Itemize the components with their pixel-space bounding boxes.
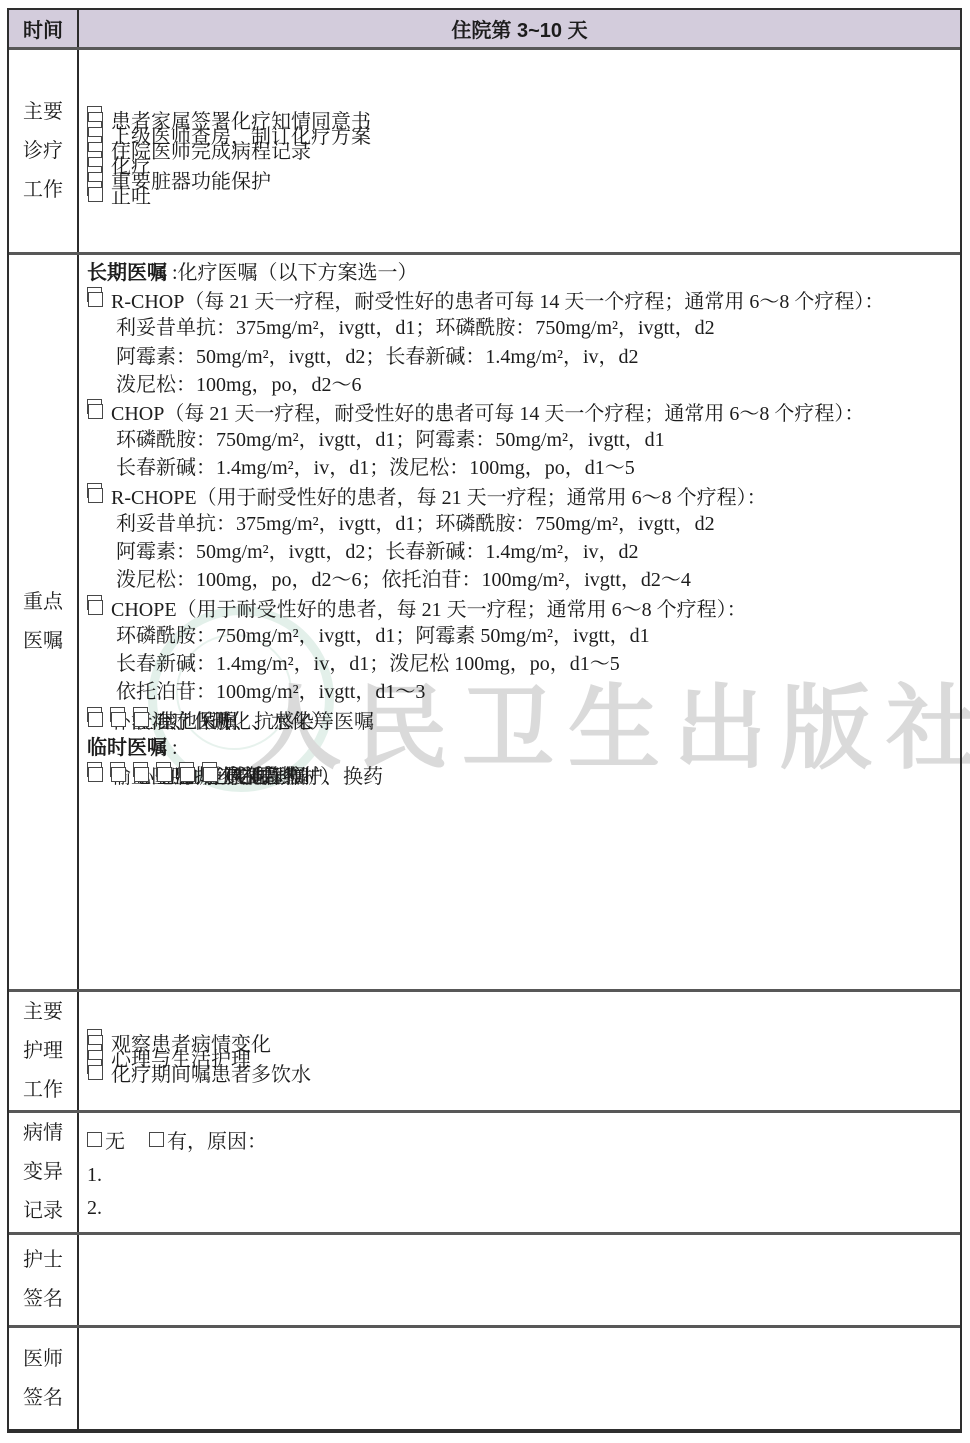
order-line: 长春新碱：1.4mg/m²，iv，d1；泼尼松 100mg，po，d1～5 [87, 650, 960, 678]
order-line-text: 化疗期间嘱患者多饮水 [111, 1064, 311, 1086]
order-line: 临时医嘱 : [87, 734, 960, 762]
checkbox[interactable] [87, 1132, 102, 1147]
order-line-text: 环磷酰胺：750mg/m²，ivgtt，d1；阿霉素 50mg/m²，ivgtt… [116, 625, 650, 647]
order-line: CHOPE（用于耐受性好的患者，每 21 天一疗程；通常用 6～8 个疗程）： [87, 595, 102, 610]
order-line: 阿霉素：50mg/m²，ivgtt，d2；长春新碱：1.4mg/m²，iv，d2 [87, 538, 960, 566]
order-line: 环磷酰胺：750mg/m²，ivgtt，d1；阿霉素：50mg/m²，ivgtt… [87, 426, 960, 454]
checkbox[interactable] [180, 767, 195, 782]
order-line-text: 利妥昔单抗：375mg/m²，ivgtt，d1；环磷酰胺：750mg/m²，iv… [116, 513, 715, 535]
row-label-line: 工作 [23, 1071, 63, 1110]
order-line-text: R-CHOP（每 21 天一疗程，耐受性好的患者可每 14 天一个疗程；通常用 … [111, 291, 884, 313]
checkbox[interactable] [88, 712, 103, 727]
checkbox[interactable] [111, 767, 126, 782]
order-line: 其他医嘱 [202, 762, 217, 777]
order-line-text: CHOP（每 21 天一疗程，耐受性好的患者可每 14 天一个疗程；通常用 6～… [111, 403, 864, 425]
order-line: 重要脏器功能保护 [87, 166, 102, 181]
checkbox[interactable] [203, 767, 218, 782]
order-line: 无有，原因： [87, 1126, 960, 1159]
checkbox[interactable] [134, 712, 149, 727]
row-label-line: 签名 [23, 1280, 63, 1319]
checkbox[interactable] [134, 767, 149, 782]
order-line: 长期医嘱 :化疗医嘱（以下方案选一） [87, 259, 960, 287]
order-line-text: 其他医嘱 [226, 766, 306, 788]
row-condition-variation-record: 病情变异记录 无有，原因：1.2. [9, 1110, 960, 1232]
row-label-line: 主要 [23, 993, 63, 1032]
order-line: 其他医嘱 [133, 707, 148, 722]
row-label-line: 变异 [23, 1153, 63, 1192]
order-line-text: 止吐 [111, 186, 151, 208]
order-line: 长春新碱：1.4mg/m²，iv，d1；泼尼松：100mg，po，d1～5 [87, 454, 960, 482]
row-label-line: 重点 [23, 583, 63, 622]
order-line: 泼尼松：100mg，po，d2～6 [87, 371, 960, 399]
nurse-signature-field[interactable] [79, 1235, 960, 1325]
checkbox[interactable] [149, 1132, 164, 1147]
order-line: 心电监护（必要时） [110, 762, 125, 777]
order-line: 观察患者病情变化 [87, 1029, 102, 1044]
order-line: R-CHOPE（用于耐受性好的患者，每 21 天一疗程；通常用 6～8 个疗程）… [87, 483, 102, 498]
order-line: 泼尼松：100mg，po，d2～6；依托泊苷：100mg/m²，ivgtt，d2… [87, 566, 960, 594]
row-doctor-signature: 医师签名 [9, 1325, 960, 1429]
row-label-main-nursing-work: 主要护理工作 [9, 992, 79, 1110]
row-label-line: 工作 [23, 171, 63, 210]
option-label: 有，原因： [167, 1131, 267, 1153]
row-label-line: 诊疗 [23, 132, 63, 171]
table-header-row: 时间 住院第 3~10 天 [9, 10, 960, 47]
checkbox[interactable] [88, 600, 103, 615]
checkbox[interactable] [88, 292, 103, 307]
order-line: 止吐 [87, 181, 102, 196]
checkbox[interactable] [88, 1065, 103, 1080]
order-line: 血常规 [133, 762, 148, 777]
doctor-signature-field[interactable] [79, 1328, 960, 1429]
order-line-text: 环磷酰胺：750mg/m²，ivgtt，d1；阿霉素：50mg/m²，ivgtt… [116, 429, 665, 451]
order-line: 阿霉素：50mg/m²，ivgtt，d2；长春新碱：1.4mg/m²，iv，d2 [87, 343, 960, 371]
order-line: 患者家属签署化疗知情同意书 [87, 106, 102, 121]
order-line-text: 泼尼松：100mg，po，d2～6 [116, 374, 362, 396]
order-line-text: 利妥昔单抗：375mg/m²，ivgtt，d1；环磷酰胺：750mg/m²，iv… [116, 317, 715, 339]
row-label-line: 护士 [23, 1241, 63, 1280]
order-section-text: :化疗医嘱（以下方案选一） [167, 262, 418, 284]
order-line: 利妥昔单抗：375mg/m²，ivgtt，d1；环磷酰胺：750mg/m²，iv… [87, 314, 960, 342]
row-label-line: 病情 [23, 1114, 63, 1153]
row-label-doctor-signature: 医师签名 [9, 1328, 79, 1429]
order-section-label: 长期医嘱 [87, 262, 167, 284]
order-line: 化疗 [87, 151, 102, 166]
order-line-text: 阿霉素：50mg/m²，ivgtt，d2；长春新碱：1.4mg/m²，iv，d2 [116, 541, 639, 563]
checkbox[interactable] [88, 767, 103, 782]
row-label-nurse-signature: 护士签名 [9, 1235, 79, 1325]
row-label-line: 主要 [23, 93, 63, 132]
option-label: 无 [105, 1131, 125, 1153]
row-content-key-orders: 长期医嘱 :化疗医嘱（以下方案选一）R-CHOP（每 21 天一疗程，耐受性好的… [79, 255, 960, 989]
order-line: 止吐、保肝、抗感染等医嘱 [110, 707, 125, 722]
checkbox[interactable] [88, 187, 103, 202]
order-line-text: 其他医嘱 [157, 711, 237, 733]
order-line: 补液治疗（碱化、水化） [87, 707, 102, 722]
clinical-pathway-sheet: 人民卫生出版社 时间 住院第 3~10 天 主要诊疗工作 患者家属签署化疗知情同… [0, 0, 970, 1443]
order-line: 环磷酰胺：750mg/m²，ivgtt，d1；阿霉素 50mg/m²，ivgtt… [87, 622, 960, 650]
order-line: 输血医嘱（必要时） [87, 762, 102, 777]
row-label-main-treatment-work: 主要诊疗工作 [9, 50, 79, 252]
order-line: R-CHOP（每 21 天一疗程，耐受性好的患者可每 14 天一个疗程；通常用 … [87, 287, 102, 302]
row-content-condition-variation-record: 无有，原因：1.2. [79, 1113, 960, 1232]
checkbox[interactable] [88, 404, 103, 419]
row-key-orders: 重点医嘱 长期医嘱 :化疗医嘱（以下方案选一）R-CHOP（每 21 天一疗程，… [9, 252, 960, 989]
row-label-line: 医师 [23, 1340, 63, 1379]
row-nurse-signature: 护士签名 [9, 1232, 960, 1325]
order-line: 2. [87, 1192, 960, 1225]
row-label-line: 医嘱 [23, 622, 63, 661]
order-line: 心理与生活护理 [87, 1044, 102, 1059]
order-line-text: R-CHOPE（用于耐受性好的患者，每 21 天一疗程；通常用 6～8 个疗程）… [111, 487, 767, 509]
row-content-main-treatment-work: 患者家属签署化疗知情同意书上级医师查房，制订化疗方案住院医师完成病程记录化疗重要… [79, 50, 960, 252]
order-line: 化疗期间嘱患者多饮水 [87, 1059, 102, 1074]
order-line-text: 2. [87, 1197, 102, 1219]
row-label-line: 护理 [23, 1032, 63, 1071]
order-line-text: CHOPE（用于耐受性好的患者，每 21 天一疗程；通常用 6～8 个疗程）： [111, 599, 747, 621]
checkbox[interactable] [111, 712, 126, 727]
checkbox[interactable] [88, 488, 103, 503]
order-line: 1. [87, 1159, 960, 1192]
order-line: 上级医师查房，制订化疗方案 [87, 121, 102, 136]
row-main-nursing-work: 主要护理工作 观察患者病情变化心理与生活护理化疗期间嘱患者多饮水 [9, 989, 960, 1110]
order-line: 静脉插管维护、换药 [179, 762, 194, 777]
row-label-key-orders: 重点医嘱 [9, 255, 79, 989]
order-line: 住院医师完成病程记录 [87, 136, 102, 151]
order-line-text: 1. [87, 1164, 102, 1186]
order-line: 依托泊苷：100mg/m²，ivgtt，d1～3 [87, 678, 960, 706]
row-main-treatment-work: 主要诊疗工作 患者家属签署化疗知情同意书上级医师查房，制订化疗方案住院医师完成病… [9, 47, 960, 252]
row-label-line: 签名 [23, 1379, 63, 1418]
order-line-text: 泼尼松：100mg，po，d2～6；依托泊苷：100mg/m²，ivgtt，d2… [116, 569, 691, 591]
order-line-text: 依托泊苷：100mg/m²，ivgtt，d1～3 [116, 681, 425, 703]
header-day-cell: 住院第 3~10 天 [79, 10, 960, 47]
row-label-line: 记录 [23, 1192, 63, 1231]
header-time-cell: 时间 [9, 10, 79, 47]
order-line: 利妥昔单抗：375mg/m²，ivgtt，d1；环磷酰胺：750mg/m²，iv… [87, 510, 960, 538]
order-line-text: 长春新碱：1.4mg/m²，iv，d1；泼尼松：100mg，po，d1～5 [116, 457, 635, 479]
order-line: 血培养（高热时） [156, 762, 171, 777]
row-content-main-nursing-work: 观察患者病情变化心理与生活护理化疗期间嘱患者多饮水 [79, 992, 960, 1110]
order-section-label: 临时医嘱 [87, 737, 167, 759]
order-section-text: : [167, 737, 178, 759]
order-line: CHOP（每 21 天一疗程，耐受性好的患者可每 14 天一个疗程；通常用 6～… [87, 399, 102, 414]
order-line-text: 阿霉素：50mg/m²，ivgtt，d2；长春新碱：1.4mg/m²，iv，d2 [116, 346, 639, 368]
order-line-text: 长春新碱：1.4mg/m²，iv，d1；泼尼松 100mg，po，d1～5 [116, 653, 620, 675]
checkbox[interactable] [157, 767, 172, 782]
clinical-pathway-table: 时间 住院第 3~10 天 主要诊疗工作 患者家属签署化疗知情同意书上级医师查房… [7, 8, 962, 1433]
row-label-condition-variation-record: 病情变异记录 [9, 1113, 79, 1232]
